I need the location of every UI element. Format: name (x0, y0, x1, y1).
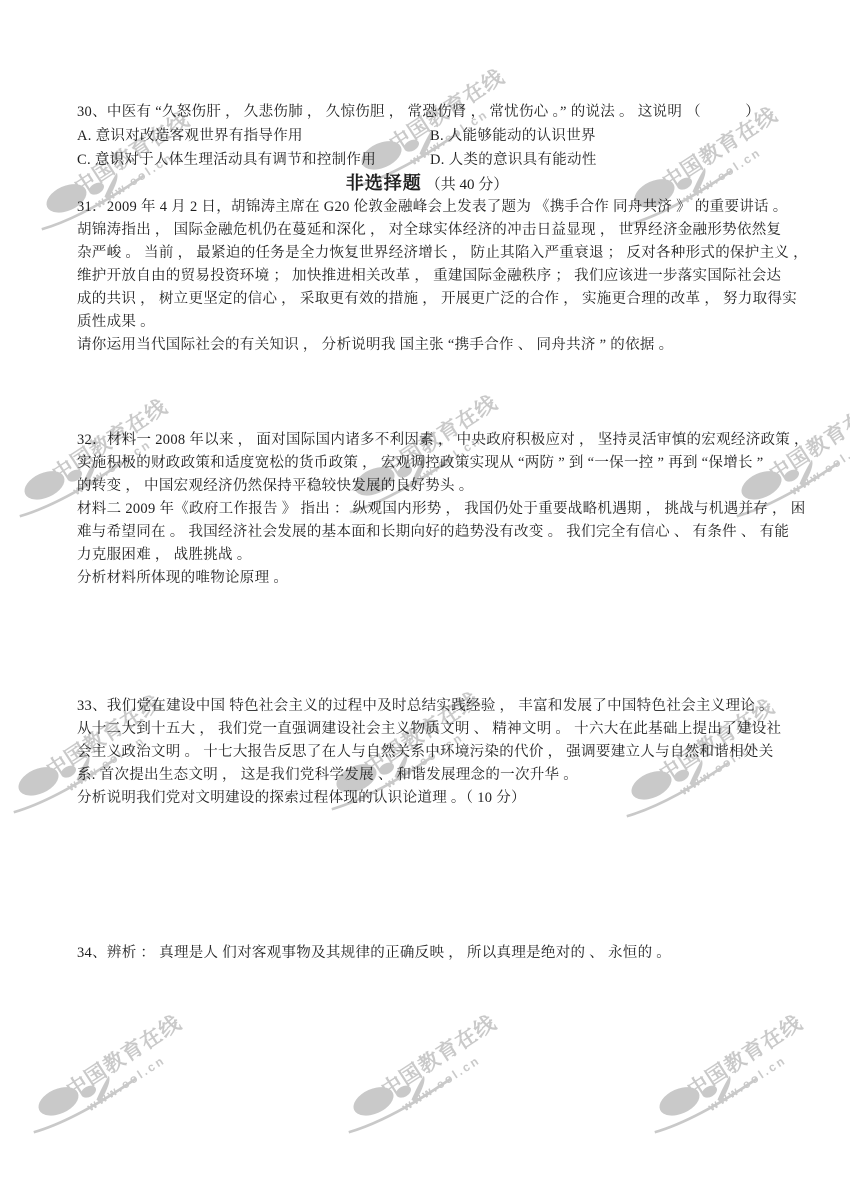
question-32-line: 的转变 ， 中国宏观经济仍然保持平稳较快发展的良好势头 。 (77, 475, 777, 498)
option-b: B. 人能够能动的认识世界 (430, 124, 596, 148)
question-32-line: 力克服困难 ， 战胜挑战 。 (77, 544, 777, 567)
question-33-task: 分析说明我们党对文明建设的探索过程体现的认识论道理 。（ 10 分） (77, 787, 777, 810)
question-34: 34、辨析 ： 真理是人 们对客观事物及其规律的正确反映 ， 所以真理是绝对的 … (77, 942, 777, 965)
question-34-stem: 34、辨析 ： 真理是人 们对客观事物及其规律的正确反映 ， 所以真理是绝对的 … (77, 942, 777, 965)
watermark-brand-text: 中国教育在线 (60, 1007, 187, 1104)
question-31-line: 维护开放自由的贸易投资环境 ； 加快推进相关改革 ， 重建国际金融秩序 ； 我们… (77, 265, 777, 288)
question-31-task: 请你运用当代国际社会的有关知识 ， 分析说明我 国主张 “携手合作 、 同舟共济… (77, 334, 777, 357)
question-31-line: 杂严峻 。 当前 ， 最紧迫的任务是全力恢复世界经济增长 ， 防止其陷入严重衰退… (77, 242, 777, 265)
question-33: 33、我们党在建设中国 特色社会主义的过程中及时总结实践经验 ， 丰富和发展了中… (77, 695, 777, 810)
question-31-line: 质性成果 。 (77, 311, 777, 334)
section-points: （共 40 分） (426, 177, 509, 193)
option-a: A. 意识对改造客观世界有指导作用 (77, 124, 430, 148)
question-32-line: 难与希望同在 。 我国经济社会发展的基本面和长期向好的趋势没有改变 。 我们完全… (77, 521, 777, 544)
option-d: D. 人类的意识具有能动性 (430, 148, 597, 172)
watermark-url-text: www.eol.cn (84, 1053, 168, 1114)
watermark-brand-text: 中国教育在线 (681, 1007, 808, 1104)
question-32-line: 32．材料一 2008 年以来 ， 面对国际国内诸多不利因素 ， 中央政府积极应… (77, 429, 777, 452)
watermark: 中国教育在线 www.eol.cn (653, 988, 850, 1143)
question-33-line: 会主义政治文明 。 十七大报告反思了在人与自然关系中环境污染的代价 ， 强调要建… (77, 741, 777, 764)
question-30-options-row-cd: C. 意识对于人体生理活动具有调节和控制作用 D. 人类的意识具有能动性 (77, 148, 777, 172)
eol-logo-icon (32, 1072, 138, 1136)
question-30: 30、中医有 “久怒伤肝 ， 久悲伤肺 ， 久惊伤胆 ， 常恐伤肾 ， 常忧伤心… (77, 100, 777, 172)
option-c: C. 意识对于人体生理活动具有调节和控制作用 (77, 148, 430, 172)
watermark-brand-text: 中国教育在线 (375, 1007, 502, 1104)
eol-logo-icon (653, 1072, 759, 1136)
eol-logo-icon (347, 1072, 453, 1136)
section-title: 非选择题 (346, 173, 422, 193)
question-30-stem: 30、中医有 “久怒伤肝 ， 久悲伤肺 ， 久惊伤胆 ， 常恐伤肾 ， 常忧伤心… (77, 100, 777, 124)
question-33-line: 从十二大到十五大 ， 我们党一直强调建设社会主义物质文明 、 精神文明 。 十六… (77, 718, 777, 741)
watermark: 中国教育在线 www.eol.cn (32, 988, 247, 1143)
question-33-line: 系. 首次提出生态文明 ， 这是我们党科学发展 、 和谐发展理念的一次升华 。 (77, 764, 777, 787)
question-32-line: 材料二 2009 年《政府工作报告 》 指出 ： 纵观国内形势 ， 我国仍处于重… (77, 498, 777, 521)
section-heading: 非选择题 （共 40 分） (77, 171, 777, 198)
exam-paper-page: { "watermark": { "brand": "中国教育在线", "url… (0, 0, 850, 1202)
question-31-line: 胡锦涛指出 ， 国际金融危机仍在蔓延和深化 ， 对全球实体经济的冲击日益显现 ，… (77, 219, 777, 242)
watermark-url-text: www.eol.cn (705, 1053, 789, 1114)
watermark-url-text: www.eol.cn (399, 1053, 483, 1114)
question-32: 32．材料一 2008 年以来 ， 面对国际国内诸多不利因素 ， 中央政府积极应… (77, 429, 777, 590)
question-31-line: 成的共识 ， 树立更坚定的信心 ， 采取更有效的措施 ， 开展更广泛的合作 ， … (77, 288, 777, 311)
question-31-line: 31．2009 年 4 月 2 日，胡锦涛主席在 G20 伦敦金融峰会上发表了题… (77, 196, 777, 219)
question-30-options-row-ab: A. 意识对改造客观世界有指导作用 B. 人能够能动的认识世界 (77, 124, 777, 148)
question-33-line: 33、我们党在建设中国 特色社会主义的过程中及时总结实践经验 ， 丰富和发展了中… (77, 695, 777, 718)
question-32-task: 分析材料所体现的唯物论原理 。 (77, 567, 777, 590)
question-31: 31．2009 年 4 月 2 日，胡锦涛主席在 G20 伦敦金融峰会上发表了题… (77, 196, 777, 357)
question-32-line: 实施积极的财政政策和适度宽松的货币政策 ， 宏观调控政策实现从 “两防 ” 到 … (77, 452, 777, 475)
watermark: 中国教育在线 www.eol.cn (347, 988, 562, 1143)
